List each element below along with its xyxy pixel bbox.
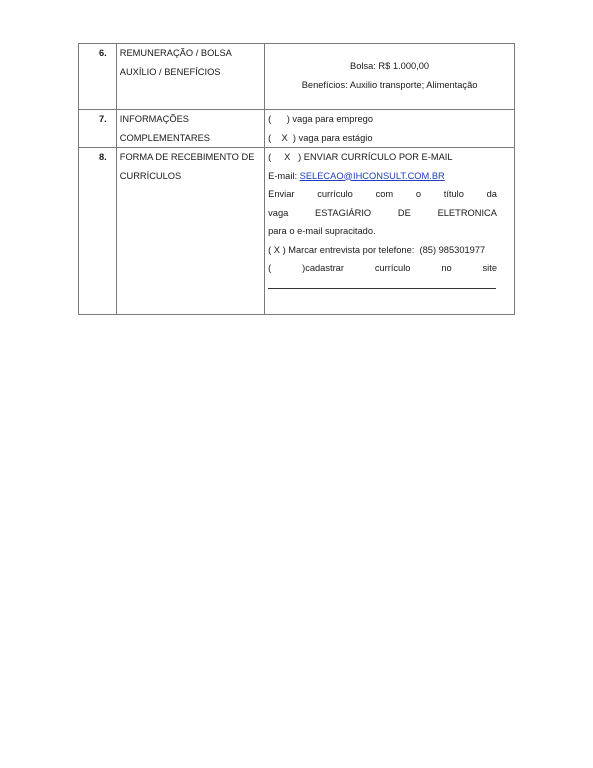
row-label-cell: REMUNERAÇÃO / BOLSA AUXÍLIO / BENEFÍCIOS [116, 44, 264, 110]
word: da [487, 185, 497, 204]
table-row: 8. FORMA DE RECEBIMENTO DE CURRÍCULOS ( … [79, 148, 515, 315]
row-number: 8. [99, 148, 116, 167]
word: currículo [375, 259, 411, 278]
row-label-cell: FORMA DE RECEBIMENTO DE CURRÍCULOS [116, 148, 264, 315]
word: currículo [317, 185, 353, 204]
email-link[interactable]: SELECAO@IHCONSULT.COM.BR [300, 171, 445, 181]
email-line: E-mail: SELECAO@IHCONSULT.COM.BR [265, 167, 514, 186]
word: Enviar [268, 185, 294, 204]
word: ESTAGIÁRIO [315, 204, 371, 223]
instruction-line-2: vaga ESTAGIÁRIO DE ELETRONICA [265, 204, 514, 223]
option-job-vacancy: ( ) vaga para emprego [265, 110, 514, 129]
word: ELETRONICA [438, 204, 497, 223]
word: DE [398, 204, 411, 223]
option-site-register: ( )cadastrar currículo no site [265, 259, 514, 278]
row-number-cell: 6. [79, 44, 117, 110]
benefits-value: Benefícios: Auxilio transporte; Alimenta… [265, 76, 514, 95]
instruction-line-1: Enviar currículo com o título da [265, 185, 514, 204]
row-number-cell: 7. [79, 110, 117, 148]
row-number-cell: 8. [79, 148, 117, 315]
row-number: 6. [99, 44, 116, 63]
row-value-cell: ( X ) ENVIAR CURRÍCULO POR E-MAIL E-mail… [265, 148, 515, 315]
row-label-line: FORMA DE RECEBIMENTO DE [117, 148, 264, 167]
row-label-line: CURRÍCULOS [117, 167, 264, 186]
site-blank-line [268, 288, 496, 289]
word: título [444, 185, 464, 204]
instruction-line-3: para o e-mail supracitado. [265, 222, 514, 241]
word: vaga [268, 204, 288, 223]
word: no [441, 259, 451, 278]
table-row: 7. INFORMAÇÕES COMPLEMENTARES ( ) vaga p… [79, 110, 515, 148]
option-send-email: ( X ) ENVIAR CURRÍCULO POR E-MAIL [265, 148, 514, 167]
row-label-cell: INFORMAÇÕES COMPLEMENTARES [116, 110, 264, 148]
word: com [376, 185, 394, 204]
email-label: E-mail: [268, 171, 300, 181]
stipend-value: Bolsa: R$ 1.000,00 [265, 57, 514, 76]
word: site [483, 259, 497, 278]
row-label-line: REMUNERAÇÃO / BOLSA [117, 44, 264, 63]
row-number: 7. [99, 110, 116, 129]
row-label-line: AUXÍLIO / BENEFÍCIOS [117, 63, 264, 82]
row-label-line: INFORMAÇÕES [117, 110, 264, 129]
word: )cadastrar [302, 259, 344, 278]
row-value-cell: ( ) vaga para emprego ( X ) vaga para es… [265, 110, 515, 148]
row-label-line: COMPLEMENTARES [117, 129, 264, 148]
word: o [416, 185, 421, 204]
word: ( [268, 259, 271, 278]
job-info-table: 6. REMUNERAÇÃO / BOLSA AUXÍLIO / BENEFÍC… [78, 43, 515, 315]
table-row: 6. REMUNERAÇÃO / BOLSA AUXÍLIO / BENEFÍC… [79, 44, 515, 110]
option-internship-vacancy: ( X ) vaga para estágio [265, 129, 514, 148]
option-phone-interview: ( X ) Marcar entrevista por telefone: (8… [265, 241, 514, 260]
row-value-cell: Bolsa: R$ 1.000,00 Benefícios: Auxilio t… [265, 44, 515, 110]
